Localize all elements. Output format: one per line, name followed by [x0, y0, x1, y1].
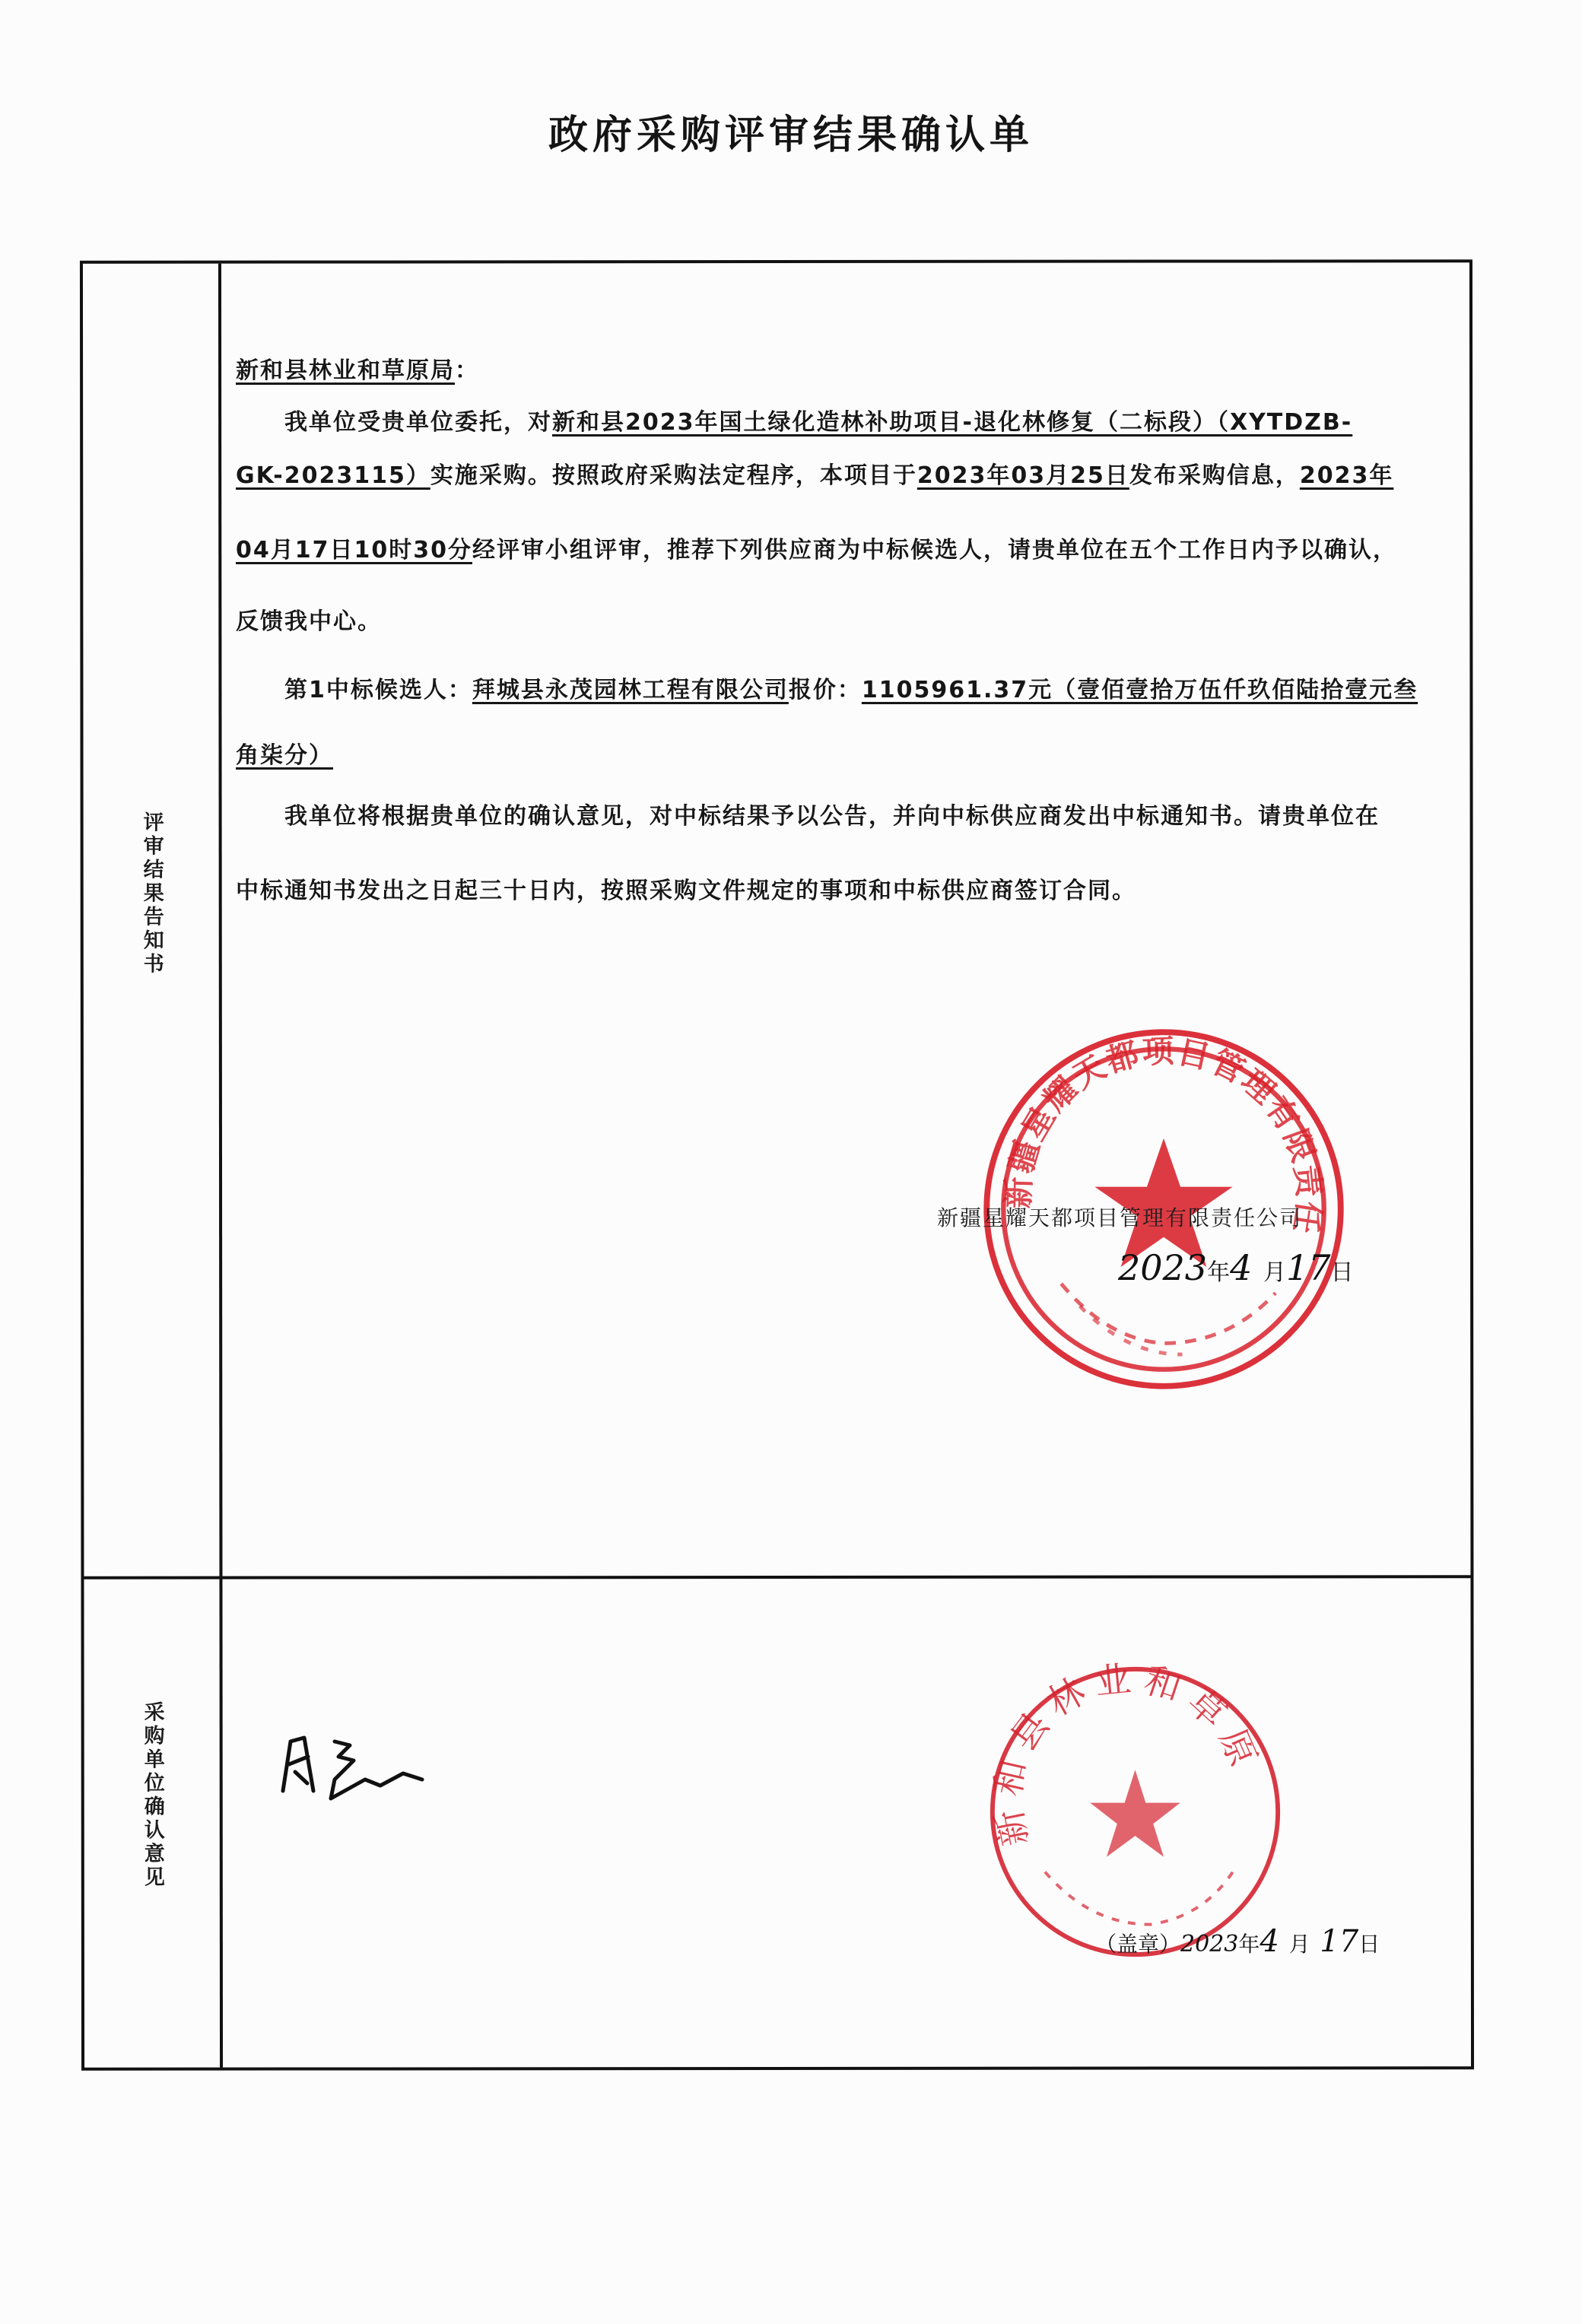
purchaser-seal: 新和县林业和草原局 [985, 1662, 1285, 1962]
side-label-review-notice: 评审结果告知书 [137, 811, 167, 976]
candidate-line-2: 角柒分） [236, 736, 1460, 770]
agency-name: 新疆星耀天都项目管理有限责任公司 [937, 1202, 1302, 1232]
document-title: 政府采购评审结果确认单 [0, 103, 1582, 160]
side-label-purchaser-confirmation: 采购单位确认意见 [138, 1701, 168, 1890]
seal-star-icon: 新和县林业和草原局 [985, 1662, 1285, 1962]
project-name: 新和县2023年国土绿化造林补助项目-退化林修复（二标段）（XYTDZB- [552, 409, 1352, 436]
column-divider [218, 264, 223, 2068]
candidate-line: 第1中标候选人：拜城县永茂园林工程有限公司报价：1105961.37元（壹佰壹拾… [236, 671, 1509, 704]
row-divider [84, 1575, 1470, 1579]
bid-price-cont: 角柒分） [236, 742, 333, 769]
paragraph-1-line-1: 我单位受贵单位委托，对新和县2023年国土绿化造林补助项目-退化林修复（二标段）… [236, 403, 1509, 437]
paragraph-1-line-2: GK-2023115）实施采购。按照政府采购法定程序，本项目于2023年03月2… [236, 456, 1460, 490]
paragraph-1-line-3: 04月17日10时30分经评审小组评审，推荐下列供应商为中标候选人，请贵单位在五… [236, 531, 1460, 564]
addressee-line: 新和县林业和草原局： [236, 351, 1460, 385]
agency-sign-date: 2023年4 月17日 [1118, 1247, 1354, 1288]
paragraph-3-line-1: 我单位将根据贵单位的确认意见，对中标结果予以公告，并向中标供应商发出中标通知书。… [236, 797, 1509, 830]
bid-price: 1105961.37元（壹佰壹拾万伍仟玖佰陆拾壹元叁 [862, 677, 1418, 703]
publish-date: 2023年03月25日 [917, 462, 1129, 489]
candidate-name: 拜城县永茂园林工程有限公司 [472, 677, 789, 703]
stamp-label: （盖章） [1095, 1932, 1180, 1957]
paragraph-3-line-2: 中标通知书发出之日起三十日内，按照采购文件规定的事项和中标供应商签订合同。 [236, 871, 1460, 905]
purchaser-signature [274, 1726, 449, 1810]
addressee: 新和县林业和草原局 [236, 357, 455, 384]
purchaser-sign-date: （盖章）2023年4 月 17日 [1095, 1924, 1380, 1959]
paragraph-1-line-4: 反馈我中心。 [236, 602, 1460, 636]
review-time: 04月17日10时30分 [236, 537, 472, 564]
review-year: 2023年 [1300, 462, 1394, 489]
project-code: GK-2023115） [236, 462, 430, 489]
